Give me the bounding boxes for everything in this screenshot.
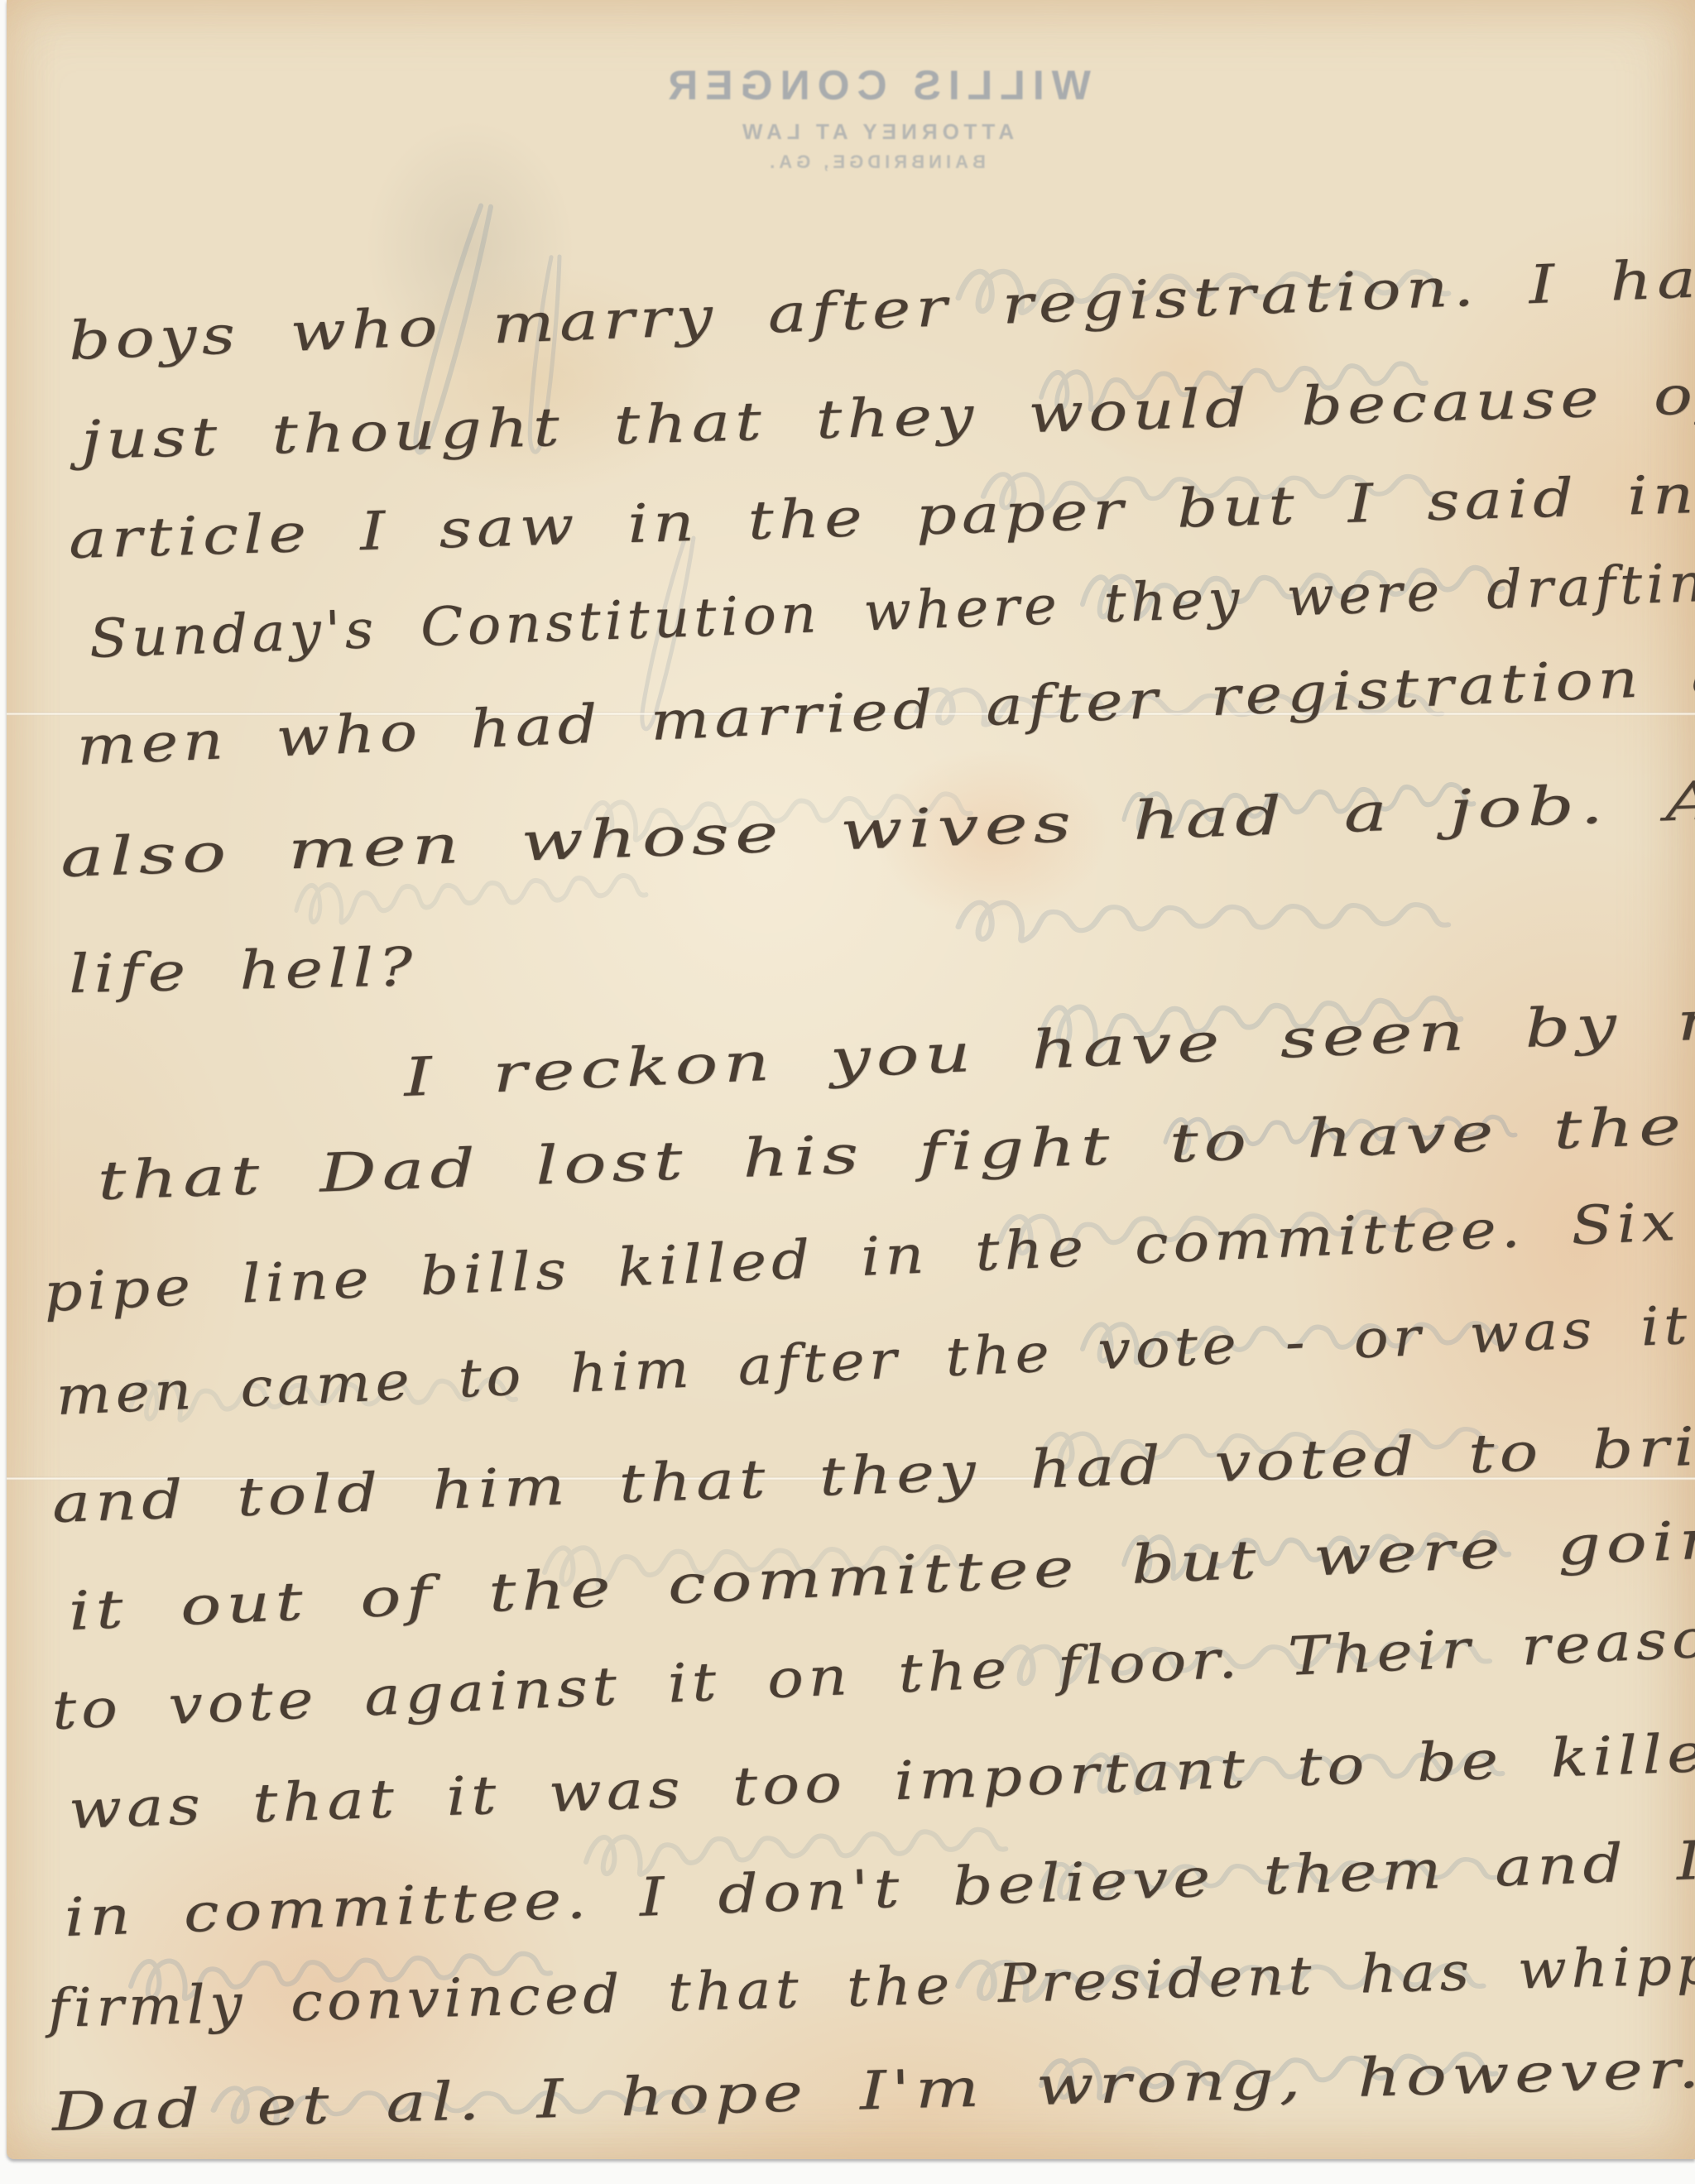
letterhead-title: ATTORNEY AT LAW bbox=[586, 119, 1165, 145]
handwriting-line: Dad et al. I hope I'm wrong, however. bbox=[51, 2039, 1695, 2143]
handwriting-line: and told him that they had voted to brin… bbox=[51, 1414, 1695, 1535]
handwriting-line: boys who marry after registration. I had bbox=[68, 247, 1695, 372]
letterhead-location: BAINBRIDGE, GA. bbox=[586, 151, 1165, 173]
letterhead-name: WILLIS CONGER bbox=[586, 61, 1165, 109]
handwriting-line: article I saw in the paper but I said in bbox=[68, 464, 1695, 571]
letter-paper: WILLIS CONGER ATTORNEY AT LAW BAINBRIDGE… bbox=[7, 0, 1695, 2159]
handwriting-line: Sunday's Constitution where they were dr… bbox=[89, 551, 1695, 670]
handwriting-line: life hell? bbox=[68, 937, 418, 1006]
handwriting-line: also men whose wives had a job. Ain't bbox=[60, 766, 1695, 890]
handwriting-line: was that it was too important to be kill… bbox=[68, 1721, 1695, 1841]
letterhead-print-through: WILLIS CONGER ATTORNEY AT LAW BAINBRIDGE… bbox=[586, 61, 1165, 173]
handwriting-line: pipe line bills killed in the committee.… bbox=[42, 1192, 1681, 1324]
handwriting-line: in committee. I don't believe them and I… bbox=[64, 1827, 1695, 1949]
handwriting-line: just thought that they would because of … bbox=[80, 361, 1695, 472]
handwriting-line: firmly convinced that the President has … bbox=[47, 1933, 1695, 2040]
handwriting-line: that Dad lost his fight to have the bbox=[97, 1096, 1688, 1212]
handwriting-line: I reckon you have seen by now bbox=[402, 985, 1695, 1109]
